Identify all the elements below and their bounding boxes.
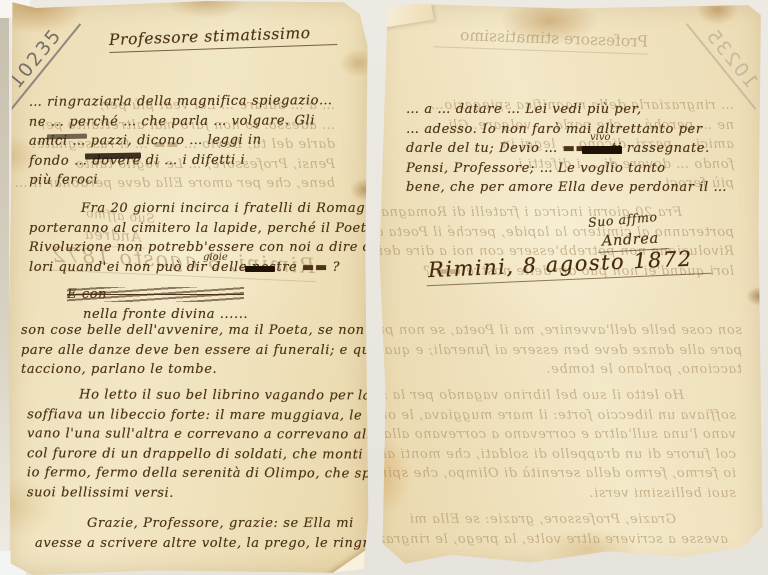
manuscript-line: soffiava un libeccio forte: il mare mugg…: [374, 406, 736, 426]
manuscript-line: avesse a scrivere altre volte, la prego,…: [374, 530, 728, 550]
manuscript-line: pare alle danze deve ben essere ai funer…: [21, 341, 369, 361]
manuscript-line: avesse a scrivere altre volte, la prego,…: [35, 534, 369, 554]
manuscript-line: Grazie, Professore, grazie: se Ella mi: [374, 510, 728, 530]
manuscript-line: più feroci: [29, 169, 333, 190]
manuscript-line: lori quand'ei non può dir delle nostre ▬…: [29, 258, 369, 278]
manuscript-line: pare alle danze deve ben essere ai funer…: [374, 341, 742, 361]
scanner-edge: [0, 0, 9, 575]
paragraph: … a … datare … Lei vedi più per,… adesso…: [406, 100, 727, 198]
manuscript-line: col furore di un drappello di soldati, c…: [27, 444, 369, 465]
superscript-correction: gioie: [203, 252, 228, 263]
crossed-text: E con ——— ——— ———: [67, 287, 244, 302]
paragraph: Fra 20 giorni incirca i fratelli di Roma…: [29, 199, 369, 277]
bleed-paragraph: Grazie, Professore, grazie: se Ella miav…: [374, 510, 728, 549]
manuscript-line: col furore di un drappello di soldati, c…: [374, 445, 736, 465]
manuscript-line: porteranno al cimitero la lapide, perché…: [29, 219, 369, 239]
manuscript-scan: … a … datare … Lei vedi più per,… adesso…: [0, 0, 768, 575]
manuscript-line: … ringraziarla della magnifica spiegazio…: [29, 91, 333, 112]
letter-page-verso: 10235 Professore stimatissimo … ringrazi…: [374, 4, 764, 566]
ink-scribble: [47, 134, 87, 140]
manuscript-line: vano l'una sull'altra e correvano a corr…: [374, 425, 736, 445]
manuscript-line: Ho letto il suo bel librino vagando per …: [27, 385, 369, 406]
page-fold-corner: [376, 4, 433, 28]
manuscript-line: ne … perché … che parla … volgare. Gli: [29, 111, 333, 132]
paragraph: Ho letto il suo bel librino vagando per …: [27, 385, 369, 504]
bleed-paragraph: Ho letto il suo bel librino vagando per …: [374, 386, 736, 503]
paragraph: son cose belle dell'avvenire, ma il Poet…: [21, 321, 369, 380]
manuscript-line: io fermo, fermo della serenità di Olimpo…: [374, 464, 736, 484]
bleed-salutation: Professore stimatissimo: [434, 25, 649, 54]
manuscript-line: … a … datare … Lei vedi più per,: [406, 100, 727, 120]
manuscript-line: … adesso. Io non farò mai altrettanto pe…: [406, 120, 727, 140]
manuscript-line: io fermo, fermo della serenità di Olimpo…: [27, 463, 369, 484]
superscript-correction: vivo: [590, 132, 611, 143]
letter-page-recto: … a … datare … Lei vedi più per,… adesso…: [7, 0, 369, 575]
manuscript-line: tacciono, parlano le tombe.: [374, 360, 742, 380]
bleed-paragraph: son cose belle dell'avvenire, ma il Poet…: [374, 321, 742, 380]
manuscript-line: soffiava un libeccio forte: il mare mugg…: [27, 405, 369, 426]
manuscript-line: tacciono, parlano le tombe.: [21, 360, 369, 380]
closing-line: Suo affmo: [587, 209, 658, 230]
struck-line: E con ——— ——— ———: [67, 283, 244, 305]
manuscript-line: son cose belle dell'avvenire, ma il Poet…: [374, 321, 742, 341]
ink-blot: [582, 146, 622, 154]
manuscript-line: vano l'una sull'altra e correvano a corr…: [27, 424, 369, 445]
manuscript-line: suoi bellissimi versi.: [27, 483, 369, 504]
manuscript-line: Ho letto il suo bel librino vagando per …: [374, 386, 736, 406]
dateline: Rimini, 8 agosto 1872: [426, 246, 712, 286]
manuscript-line: Fra 20 giorni incirca i fratelli di Roma…: [29, 199, 369, 219]
paragraph: Grazie, Professore, grazie: se Ella miav…: [35, 514, 369, 553]
manuscript-line: bene, che per amore Ella deve perdonar i…: [406, 178, 727, 198]
ink-scribble: [85, 153, 141, 160]
manuscript-line: Pensi, Professore; … Le voglio tanto: [406, 159, 727, 179]
ink-scribble: [245, 266, 275, 272]
manuscript-line: Fra 20 giorni incirca i fratelli di Roma…: [374, 203, 734, 223]
manuscript-line: Rivoluzione non potrebb'essere con noi a…: [29, 238, 369, 258]
verse-text: nella fronte divina ......: [83, 307, 248, 322]
manuscript-line: suoi bellissimi versi.: [374, 484, 736, 504]
manuscript-line: son cose belle dell'avvenire, ma il Poet…: [21, 321, 369, 341]
page-fold-corner: [321, 545, 369, 575]
manuscript-line: fondo … dovere di … i difetti i: [29, 150, 333, 171]
paragraph: … ringraziarla della magnifica spiegazio…: [29, 91, 333, 190]
salutation-line: Professore stimatissimo: [109, 23, 337, 53]
bleed-archive-number: 10235: [686, 9, 764, 110]
manuscript-line: porteranno al cimitero la lapide, perché…: [374, 223, 734, 243]
manuscript-line: Grazie, Professore, grazie: se Ella mi: [35, 514, 369, 534]
manuscript-line: darle del tu; Devio … ▬▬ … ti rassegnate…: [406, 139, 727, 159]
